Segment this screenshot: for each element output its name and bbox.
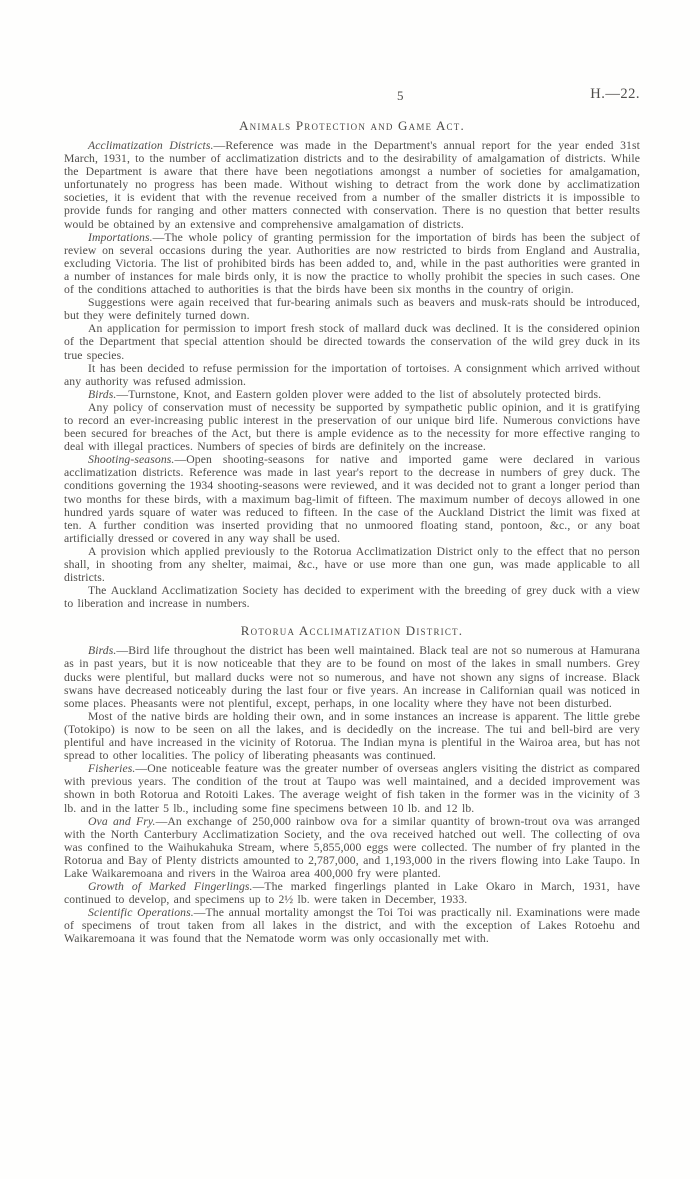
- paragraph-lead-label: Importations.: [88, 231, 153, 244]
- paragraph: A provision which applied previously to …: [64, 545, 640, 584]
- paragraph: Growth of Marked Fingerlings.—The marked…: [64, 880, 640, 906]
- paragraph: Scientific Operations.—The annual mortal…: [64, 906, 640, 945]
- document-reference: H.—22.: [590, 86, 640, 103]
- paragraph-lead-label: Growth of Marked Fingerlings.: [88, 880, 253, 893]
- paragraph: Suggestions were again received that fur…: [64, 296, 640, 322]
- section-heading: Rotorua Acclimatization District.: [64, 623, 640, 639]
- paragraph-lead-label: Ova and Fry.: [88, 815, 156, 828]
- paragraph: Birds.—Turnstone, Knot, and Eastern gold…: [64, 388, 640, 401]
- paragraph-lead-label: Birds.: [88, 644, 116, 657]
- paragraph: Birds.—Bird life throughout the district…: [64, 644, 640, 709]
- paragraph-lead-label: Shooting-seasons.: [88, 453, 174, 466]
- paragraph-lead-label: Acclimatization Districts.: [88, 139, 214, 152]
- page-header: 5 H.—22.: [64, 88, 640, 103]
- page-number: 5: [397, 88, 404, 104]
- paragraph-lead-label: Birds.: [88, 388, 116, 401]
- paragraph: Ova and Fry.—An exchange of 250,000 rain…: [64, 815, 640, 880]
- paragraph: An application for permission to import …: [64, 322, 640, 361]
- paragraph: The Auckland Acclimatization Society has…: [64, 584, 640, 610]
- paragraph: Fisheries.—One noticeable feature was th…: [64, 762, 640, 814]
- paragraph: Most of the native birds are holding the…: [64, 710, 640, 762]
- paragraph: Importations.—The whole policy of granti…: [64, 231, 640, 296]
- paragraph: Acclimatization Districts.—Reference was…: [64, 139, 640, 231]
- paragraph: Shooting-seasons.—Open shooting-seasons …: [64, 453, 640, 545]
- document-body: Animals Protection and Game Act.Acclimat…: [64, 118, 640, 946]
- document-page: 5 H.—22. Animals Protection and Game Act…: [0, 0, 700, 1179]
- paragraph: Any policy of conservation must of neces…: [64, 401, 640, 453]
- paragraph-lead-label: Fisheries.: [88, 762, 135, 775]
- paragraph-lead-label: Scientific Operations.: [88, 906, 194, 919]
- section-heading: Animals Protection and Game Act.: [64, 118, 640, 134]
- paragraph: It has been decided to refuse permission…: [64, 362, 640, 388]
